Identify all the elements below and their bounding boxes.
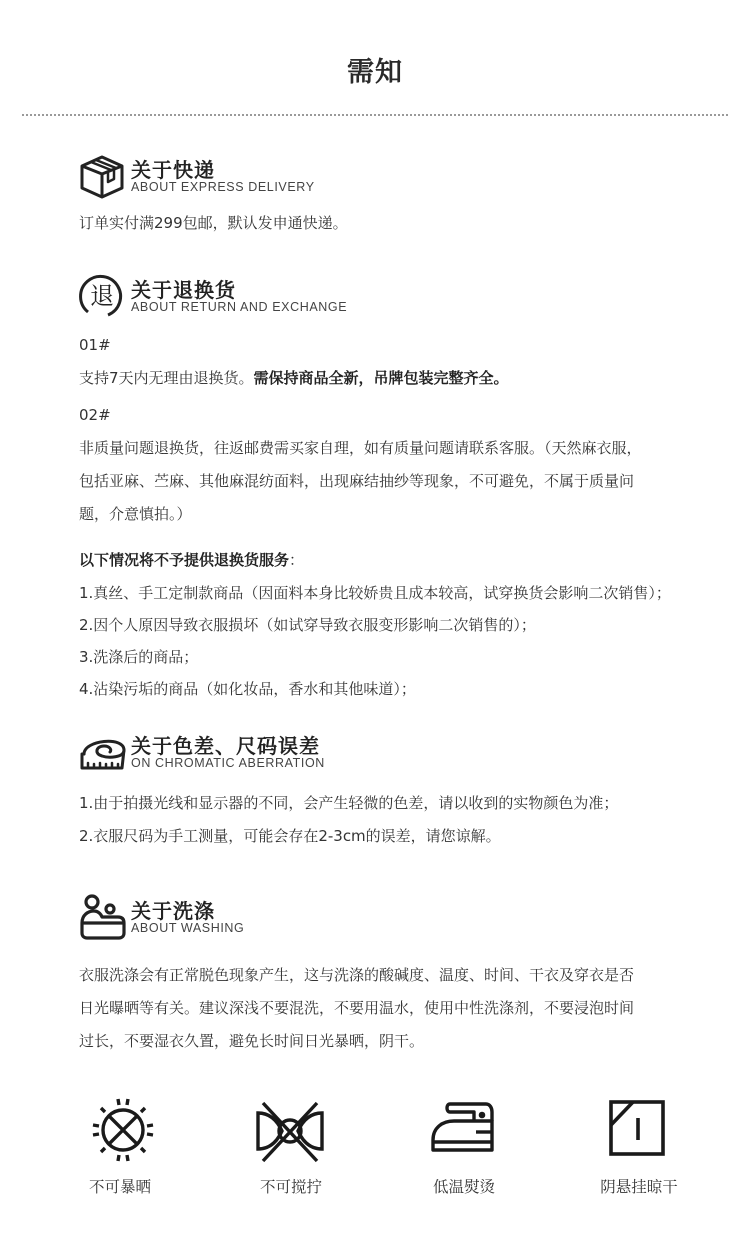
- list-item: 2.衣服尺码为手工测量，可能会存在2-3cm的误差，请您谅解。: [79, 820, 699, 853]
- return-item-2-label: 02#: [79, 404, 111, 426]
- return-circle-icon: 退: [78, 272, 126, 320]
- care-label-shade-dry: 阴悬挂晾干: [569, 1175, 709, 1197]
- list-item: 1.由于拍摄光线和显示器的不同，会产生轻微的色差，请以收到的实物颜色为准；: [79, 787, 699, 820]
- section-title-zh: 关于退换货: [131, 274, 236, 303]
- colon: ：: [289, 551, 304, 569]
- delivery-text: 订单实付满299包邮，默认发申通快递。: [79, 212, 348, 234]
- low-temp-iron-icon: [430, 1098, 500, 1164]
- section-title-en: ABOUT EXPRESS DELIVERY: [131, 180, 315, 194]
- exclusions-list: 1.真丝、手工定制款商品（因面料本身比较娇贵且成本较高，试穿换货会影响二次销售）…: [79, 577, 699, 705]
- exclusions-heading-text: 以下情况将不予提供退换货服务: [79, 551, 289, 569]
- text-line: 包括亚麻、苎麻、其他麻混纺面料，出现麻结抽纱等现象，不可避免，不属于质量问: [79, 465, 699, 498]
- section-title-zh: 关于色差、尺码误差: [131, 730, 320, 759]
- text-line: 过长，不要湿衣久置，避免长时间日光暴晒，阴干。: [79, 1025, 699, 1058]
- no-wringing-icon: [255, 1098, 325, 1164]
- list-item: 4.沾染污垢的商品（如化妆品，香水和其他味道）；: [79, 673, 699, 705]
- tape-measure-icon: [78, 728, 126, 776]
- washing-text: 衣服洗涤会有正常脱色现象产生，这与洗涤的酸碱度、温度、时间、干衣及穿衣是否 日光…: [79, 959, 699, 1058]
- text-line: 题，介意慎拍。）: [79, 498, 699, 531]
- section-title-zh: 关于洗涤: [131, 895, 215, 924]
- return-item-2-text: 非质量问题退换货，往返邮费需买家自理，如有质量问题请联系客服。（天然麻衣服， 包…: [79, 432, 699, 531]
- no-sun-exposure-icon: [88, 1096, 158, 1162]
- return-item-1-bold: 需保持商品全新，吊牌包装完整齐全。: [254, 369, 509, 387]
- package-box-icon: [78, 152, 126, 200]
- list-item: 1.真丝、手工定制款商品（因面料本身比较娇贵且成本较高，试穿换货会影响二次销售）…: [79, 577, 699, 609]
- text-line: 衣服洗涤会有正常脱色现象产生，这与洗涤的酸碱度、温度、时间、干衣及穿衣是否: [79, 959, 699, 992]
- care-label-low-iron: 低温熨烫: [394, 1175, 534, 1197]
- care-label-no-sun: 不可暴晒: [50, 1175, 190, 1197]
- return-item-1-text: 支持7天内无理由退换货。需保持商品全新，吊牌包装完整齐全。: [79, 367, 509, 389]
- care-label-no-wring: 不可搅拧: [221, 1175, 361, 1197]
- return-item-1-normal: 支持7天内无理由退换货。: [79, 369, 254, 387]
- list-item: 3.洗涤后的商品；: [79, 641, 699, 673]
- washing-basin-icon: [78, 893, 126, 941]
- line-dry-shade-icon: [603, 1096, 673, 1162]
- dotted-divider: [22, 114, 728, 116]
- aberration-text: 1.由于拍摄光线和显示器的不同，会产生轻微的色差，请以收到的实物颜色为准； 2.…: [79, 787, 699, 853]
- exclusions-heading: 以下情况将不予提供退换货服务：: [79, 549, 304, 571]
- section-title-zh: 关于快递: [131, 154, 215, 183]
- section-title-en: ON CHROMATIC ABERRATION: [131, 756, 325, 770]
- section-title-en: ABOUT RETURN AND EXCHANGE: [131, 300, 347, 314]
- text-line: 非质量问题退换货，往返邮费需买家自理，如有质量问题请联系客服。（天然麻衣服，: [79, 432, 699, 465]
- svg-text:退: 退: [90, 282, 114, 310]
- return-item-1-label: 01#: [79, 334, 111, 356]
- page-title: 需知: [0, 50, 750, 89]
- list-item: 2.因个人原因导致衣服损坏（如试穿导致衣服变形影响二次销售的）；: [79, 609, 699, 641]
- text-line: 日光曝晒等有关。建议深浅不要混洗，不要用温水，使用中性洗涤剂，不要浸泡时间: [79, 992, 699, 1025]
- section-title-en: ABOUT WASHING: [131, 921, 244, 935]
